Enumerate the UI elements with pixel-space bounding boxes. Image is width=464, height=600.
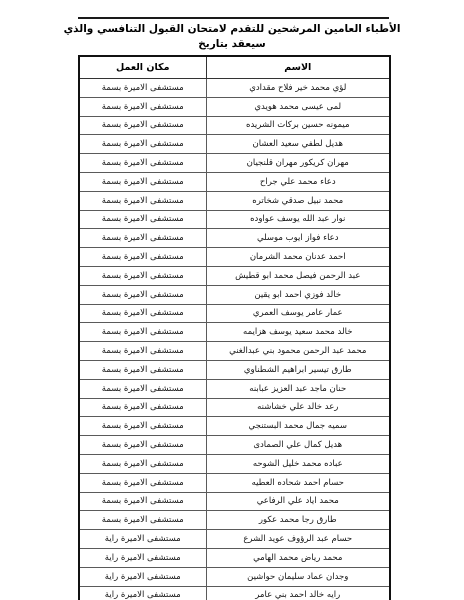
cell-name: محمد رياض محمد الهامي — [206, 548, 390, 567]
table-row: دعاء محمد علي جراحمستشفى الاميرة بسمة — [79, 172, 390, 191]
cell-name: خالد محمد سعيد يوسف هزايمه — [206, 323, 390, 342]
cell-workplace: مستشفى الاميرة بسمة — [79, 210, 206, 229]
cell-workplace: مستشفى الاميرة بسمة — [79, 266, 206, 285]
table-row: محمد عبد الرحمن محمود بني عبدالغنيمستشفى… — [79, 342, 390, 361]
table-row: عباده محمد خليل الشوحهمستشفى الاميرة بسم… — [79, 454, 390, 473]
cell-workplace: مستشفى الاميرة بسمة — [79, 342, 206, 361]
cell-name: مهران كريكور مهران قلنجيان — [206, 154, 390, 173]
table-row: ميمونه حسين بركات الشريدهمستشفى الاميرة … — [79, 116, 390, 135]
document-title: الأطباء العامين المرشحين للتقدم لامتحان … — [58, 22, 406, 52]
cell-workplace: مستشفى الاميرة بسمة — [79, 172, 206, 191]
cell-workplace: مستشفى الاميرة بسمة — [79, 116, 206, 135]
cell-workplace: مستشفى الاميرة راية — [79, 586, 206, 600]
table-row: حسام احمد شحاده العطيهمستشفى الاميرة بسم… — [79, 473, 390, 492]
cell-name: طارق تيسير ابراهيم الشطناوي — [206, 360, 390, 379]
document-page: الأطباء العامين المرشحين للتقدم لامتحان … — [0, 0, 464, 600]
cell-name: هديل كمال علي الصمادى — [206, 436, 390, 455]
cell-workplace: مستشفى الاميرة بسمة — [79, 229, 206, 248]
table-row: طارق تيسير ابراهيم الشطناويمستشفى الامير… — [79, 360, 390, 379]
cell-workplace: مستشفى الاميرة راية — [79, 567, 206, 586]
table-row: محمد اياد علي الرفاعيمستشفى الاميرة بسمة — [79, 492, 390, 511]
table-row: خالد محمد سعيد يوسف هزايمهمستشفى الاميرة… — [79, 323, 390, 342]
table-row: محمد رياض محمد الهاميمستشفى الاميرة راية — [79, 548, 390, 567]
cell-name: حسام احمد شحاده العطيه — [206, 473, 390, 492]
cell-workplace: مستشفى الاميرة بسمة — [79, 154, 206, 173]
table-row: احمد عدنان محمد الشرمانمستشفى الاميرة بس… — [79, 248, 390, 267]
table-header: الاسم مكان العمل — [79, 56, 390, 79]
table-row: محمد نبيل صدقي شخاترهمستشفى الاميرة بسمة — [79, 191, 390, 210]
cell-name: وجدان عماد سليمان حواشين — [206, 567, 390, 586]
cell-name: محمد اياد علي الرفاعي — [206, 492, 390, 511]
cell-name: لؤي محمد خير فلاح مقدادي — [206, 79, 390, 98]
table-row: رايه خالد احمد بني عامرمستشفى الاميرة را… — [79, 586, 390, 600]
cell-workplace: مستشفى الاميرة بسمة — [79, 79, 206, 98]
table-body: لؤي محمد خير فلاح مقداديمستشفى الاميرة ب… — [79, 79, 390, 600]
table-row: لمى عيسى محمد هويديمستشفى الاميرة بسمة — [79, 97, 390, 116]
table-row: عمار عامر يوسف العمريمستشفى الاميرة بسمة — [79, 304, 390, 323]
cell-name: دعاء محمد علي جراح — [206, 172, 390, 191]
cell-name: ميمونه حسين بركات الشريده — [206, 116, 390, 135]
cell-workplace: مستشفى الاميرة بسمة — [79, 304, 206, 323]
cell-name: محمد عبد الرحمن محمود بني عبدالغني — [206, 342, 390, 361]
cell-name: دعاء فواز ايوب موسلي — [206, 229, 390, 248]
header-row: الاسم مكان العمل — [79, 56, 390, 79]
table-row: نوار عبد الله يوسف عواودهمستشفى الاميرة … — [79, 210, 390, 229]
cell-workplace: مستشفى الاميرة بسمة — [79, 135, 206, 154]
table-row: وجدان عماد سليمان حواشينمستشفى الاميرة ر… — [79, 567, 390, 586]
cell-name: طارق رجا محمد عكور — [206, 511, 390, 530]
cell-workplace: مستشفى الاميرة بسمة — [79, 323, 206, 342]
table-row: هديل لطفي سعيد العشانمستشفى الاميرة بسمة — [79, 135, 390, 154]
cell-workplace: مستشفى الاميرة بسمة — [79, 191, 206, 210]
cell-name: عمار عامر يوسف العمري — [206, 304, 390, 323]
table-row: عبد الرحمن فيصل محمد ابو قطيشمستشفى الام… — [79, 266, 390, 285]
table-row: لؤي محمد خير فلاح مقداديمستشفى الاميرة ب… — [79, 79, 390, 98]
cell-name: عباده محمد خليل الشوحه — [206, 454, 390, 473]
cell-workplace: مستشفى الاميرة بسمة — [79, 511, 206, 530]
cell-name: هديل لطفي سعيد العشان — [206, 135, 390, 154]
cell-workplace: مستشفى الاميرة بسمة — [79, 248, 206, 267]
cell-workplace: مستشفى الاميرة بسمة — [79, 398, 206, 417]
table-row: طارق رجا محمد عكورمستشفى الاميرة بسمة — [79, 511, 390, 530]
cell-workplace: مستشفى الاميرة راية — [79, 548, 206, 567]
table-row: هديل كمال علي الصمادىمستشفى الاميرة بسمة — [79, 436, 390, 455]
cell-workplace: مستشفى الاميرة بسمة — [79, 436, 206, 455]
cell-workplace: مستشفى الاميرة بسمة — [79, 473, 206, 492]
cell-workplace: مستشفى الاميرة راية — [79, 530, 206, 549]
table-row: مهران كريكور مهران قلنجيانمستشفى الاميرة… — [79, 154, 390, 173]
table-row: سميه جمال محمد البستنجيمستشفى الاميرة بس… — [79, 417, 390, 436]
table-row: رعد خالد علي خشاشنهمستشفى الاميرة بسمة — [79, 398, 390, 417]
cell-name: احمد عدنان محمد الشرمان — [206, 248, 390, 267]
column-header-workplace: مكان العمل — [79, 56, 206, 79]
cell-workplace: مستشفى الاميرة بسمة — [79, 285, 206, 304]
table-row: حنان ماجد عبد العزيز عبابنهمستشفى الامير… — [79, 379, 390, 398]
column-header-name: الاسم — [206, 56, 390, 79]
cell-workplace: مستشفى الاميرة بسمة — [79, 379, 206, 398]
cell-workplace: مستشفى الاميرة بسمة — [79, 97, 206, 116]
cell-name: سميه جمال محمد البستنجي — [206, 417, 390, 436]
cell-name: لمى عيسى محمد هويدي — [206, 97, 390, 116]
cell-name: رعد خالد علي خشاشنه — [206, 398, 390, 417]
table-row: خالد فوزي احمد ابو يقينمستشفى الاميرة بس… — [79, 285, 390, 304]
table-row: حسام عبد الرؤوف عويد الشرعمستشفى الاميرة… — [79, 530, 390, 549]
candidates-table: الاسم مكان العمل لؤي محمد خير فلاح مقداد… — [78, 55, 391, 600]
cell-workplace: مستشفى الاميرة بسمة — [79, 492, 206, 511]
cell-workplace: مستشفى الاميرة بسمة — [79, 417, 206, 436]
cell-name: رايه خالد احمد بني عامر — [206, 586, 390, 600]
cell-name: عبد الرحمن فيصل محمد ابو قطيش — [206, 266, 390, 285]
cell-name: محمد نبيل صدقي شخاتره — [206, 191, 390, 210]
table-row: دعاء فواز ايوب موسليمستشفى الاميرة بسمة — [79, 229, 390, 248]
cell-workplace: مستشفى الاميرة بسمة — [79, 360, 206, 379]
cell-name: حنان ماجد عبد العزيز عبابنه — [206, 379, 390, 398]
cell-name: حسام عبد الرؤوف عويد الشرع — [206, 530, 390, 549]
cell-workplace: مستشفى الاميرة بسمة — [79, 454, 206, 473]
header-rule — [78, 17, 389, 19]
cell-name: خالد فوزي احمد ابو يقين — [206, 285, 390, 304]
cell-name: نوار عبد الله يوسف عواوده — [206, 210, 390, 229]
